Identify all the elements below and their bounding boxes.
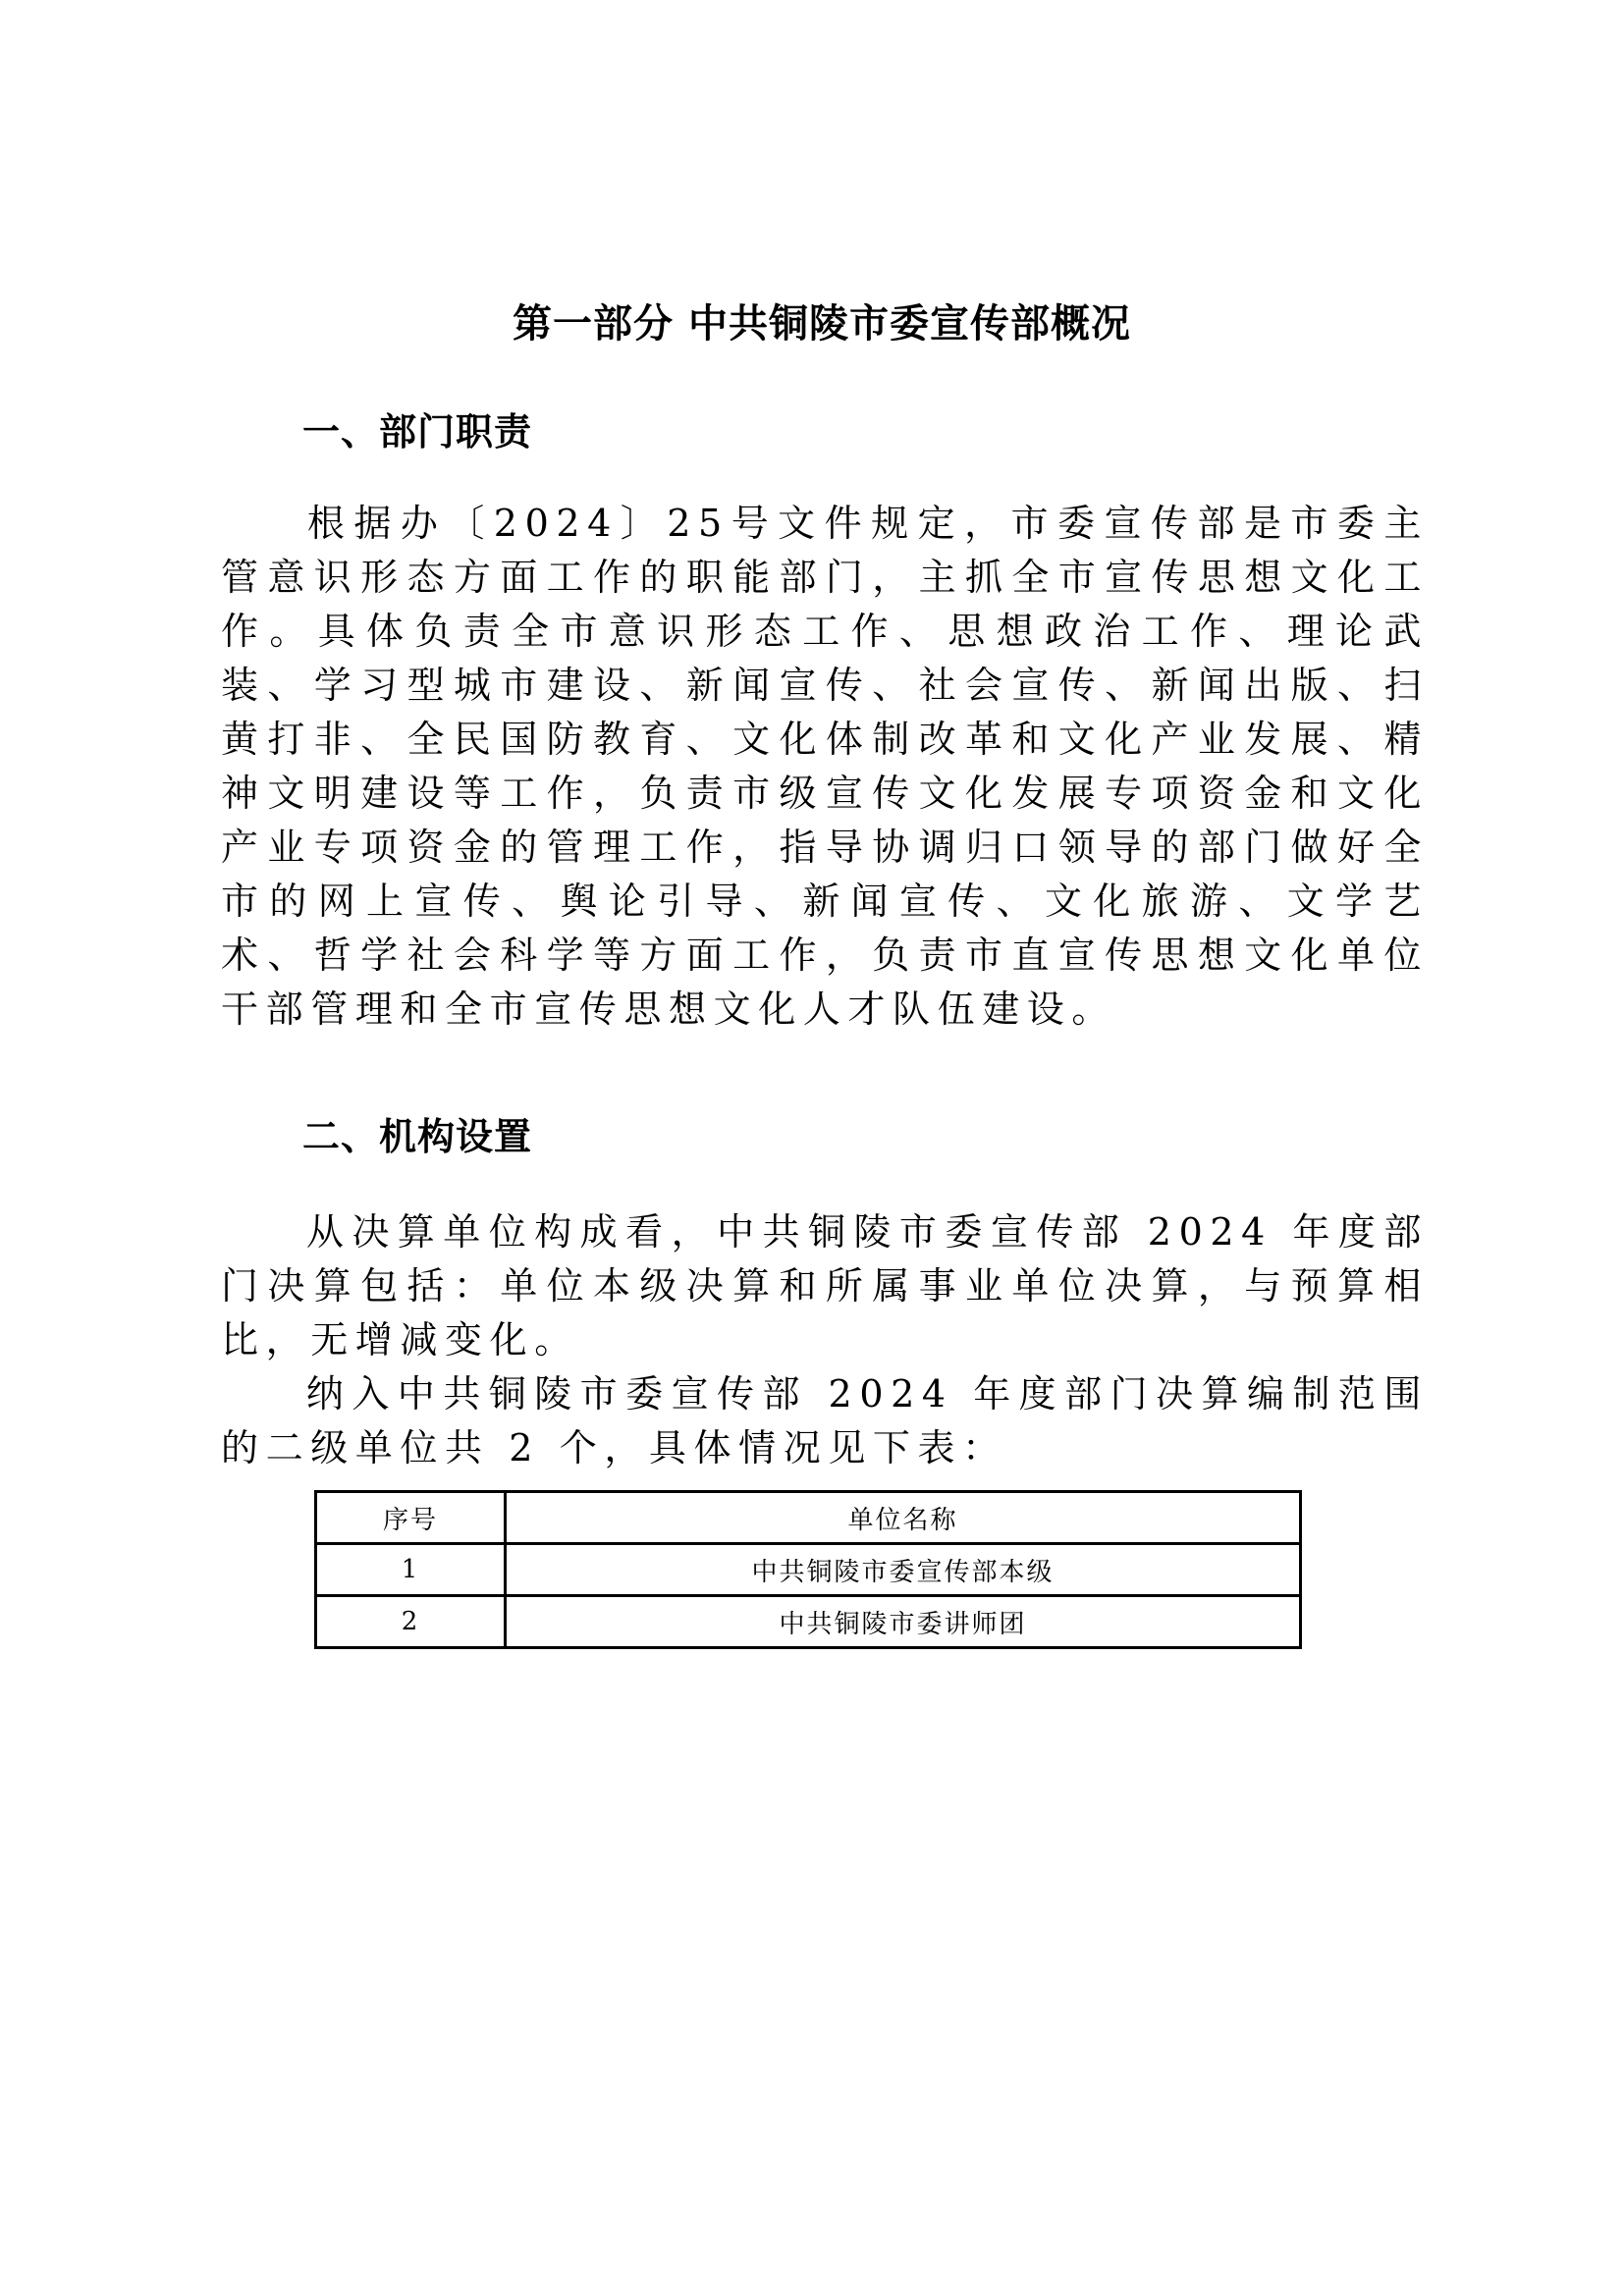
cell-seq-no: 2	[316, 1596, 506, 1648]
header-seq-no: 序号	[316, 1492, 506, 1544]
units-table: 序号 单位名称 1 中共铜陵市委宣传部本级 2 中共铜陵市委讲师团	[314, 1490, 1302, 1649]
duties-paragraph: 根据办〔2024〕25号文件规定，市委宣传部是市委主管意识形态方面工作的职能部门…	[221, 497, 1429, 1037]
header-unit-name: 单位名称	[506, 1492, 1301, 1544]
structure-text-2: 纳入中共铜陵市委宣传部 2024 年度部门决算编制范围的二级单位共 2 个，具体…	[221, 1372, 1429, 1469]
cell-unit-name: 中共铜陵市委讲师团	[506, 1596, 1301, 1648]
table-row: 2 中共铜陵市委讲师团	[316, 1596, 1301, 1648]
cell-unit-name: 中共铜陵市委宣传部本级	[506, 1544, 1301, 1596]
duties-text: 根据办〔2024〕25号文件规定，市委宣传部是市委主管意识形态方面工作的职能部门…	[221, 502, 1429, 1031]
section-heading-duties: 一、部门职责	[302, 404, 532, 459]
structure-paragraph-1: 从决算单位构成看，中共铜陵市委宣传部 2024 年度部门决算包括：单位本级决算和…	[221, 1205, 1429, 1367]
page-title: 第一部分 中共铜陵市委宣传部概况	[0, 294, 1624, 353]
structure-text-1: 从决算单位构成看，中共铜陵市委宣传部 2024 年度部门决算包括：单位本级决算和…	[221, 1210, 1429, 1362]
cell-seq-no: 1	[316, 1544, 506, 1596]
structure-paragraph-2: 纳入中共铜陵市委宣传部 2024 年度部门决算编制范围的二级单位共 2 个，具体…	[221, 1367, 1429, 1475]
section-heading-structure: 二、机构设置	[302, 1109, 532, 1164]
table-header-row: 序号 单位名称	[316, 1492, 1301, 1544]
table-row: 1 中共铜陵市委宣传部本级	[316, 1544, 1301, 1596]
